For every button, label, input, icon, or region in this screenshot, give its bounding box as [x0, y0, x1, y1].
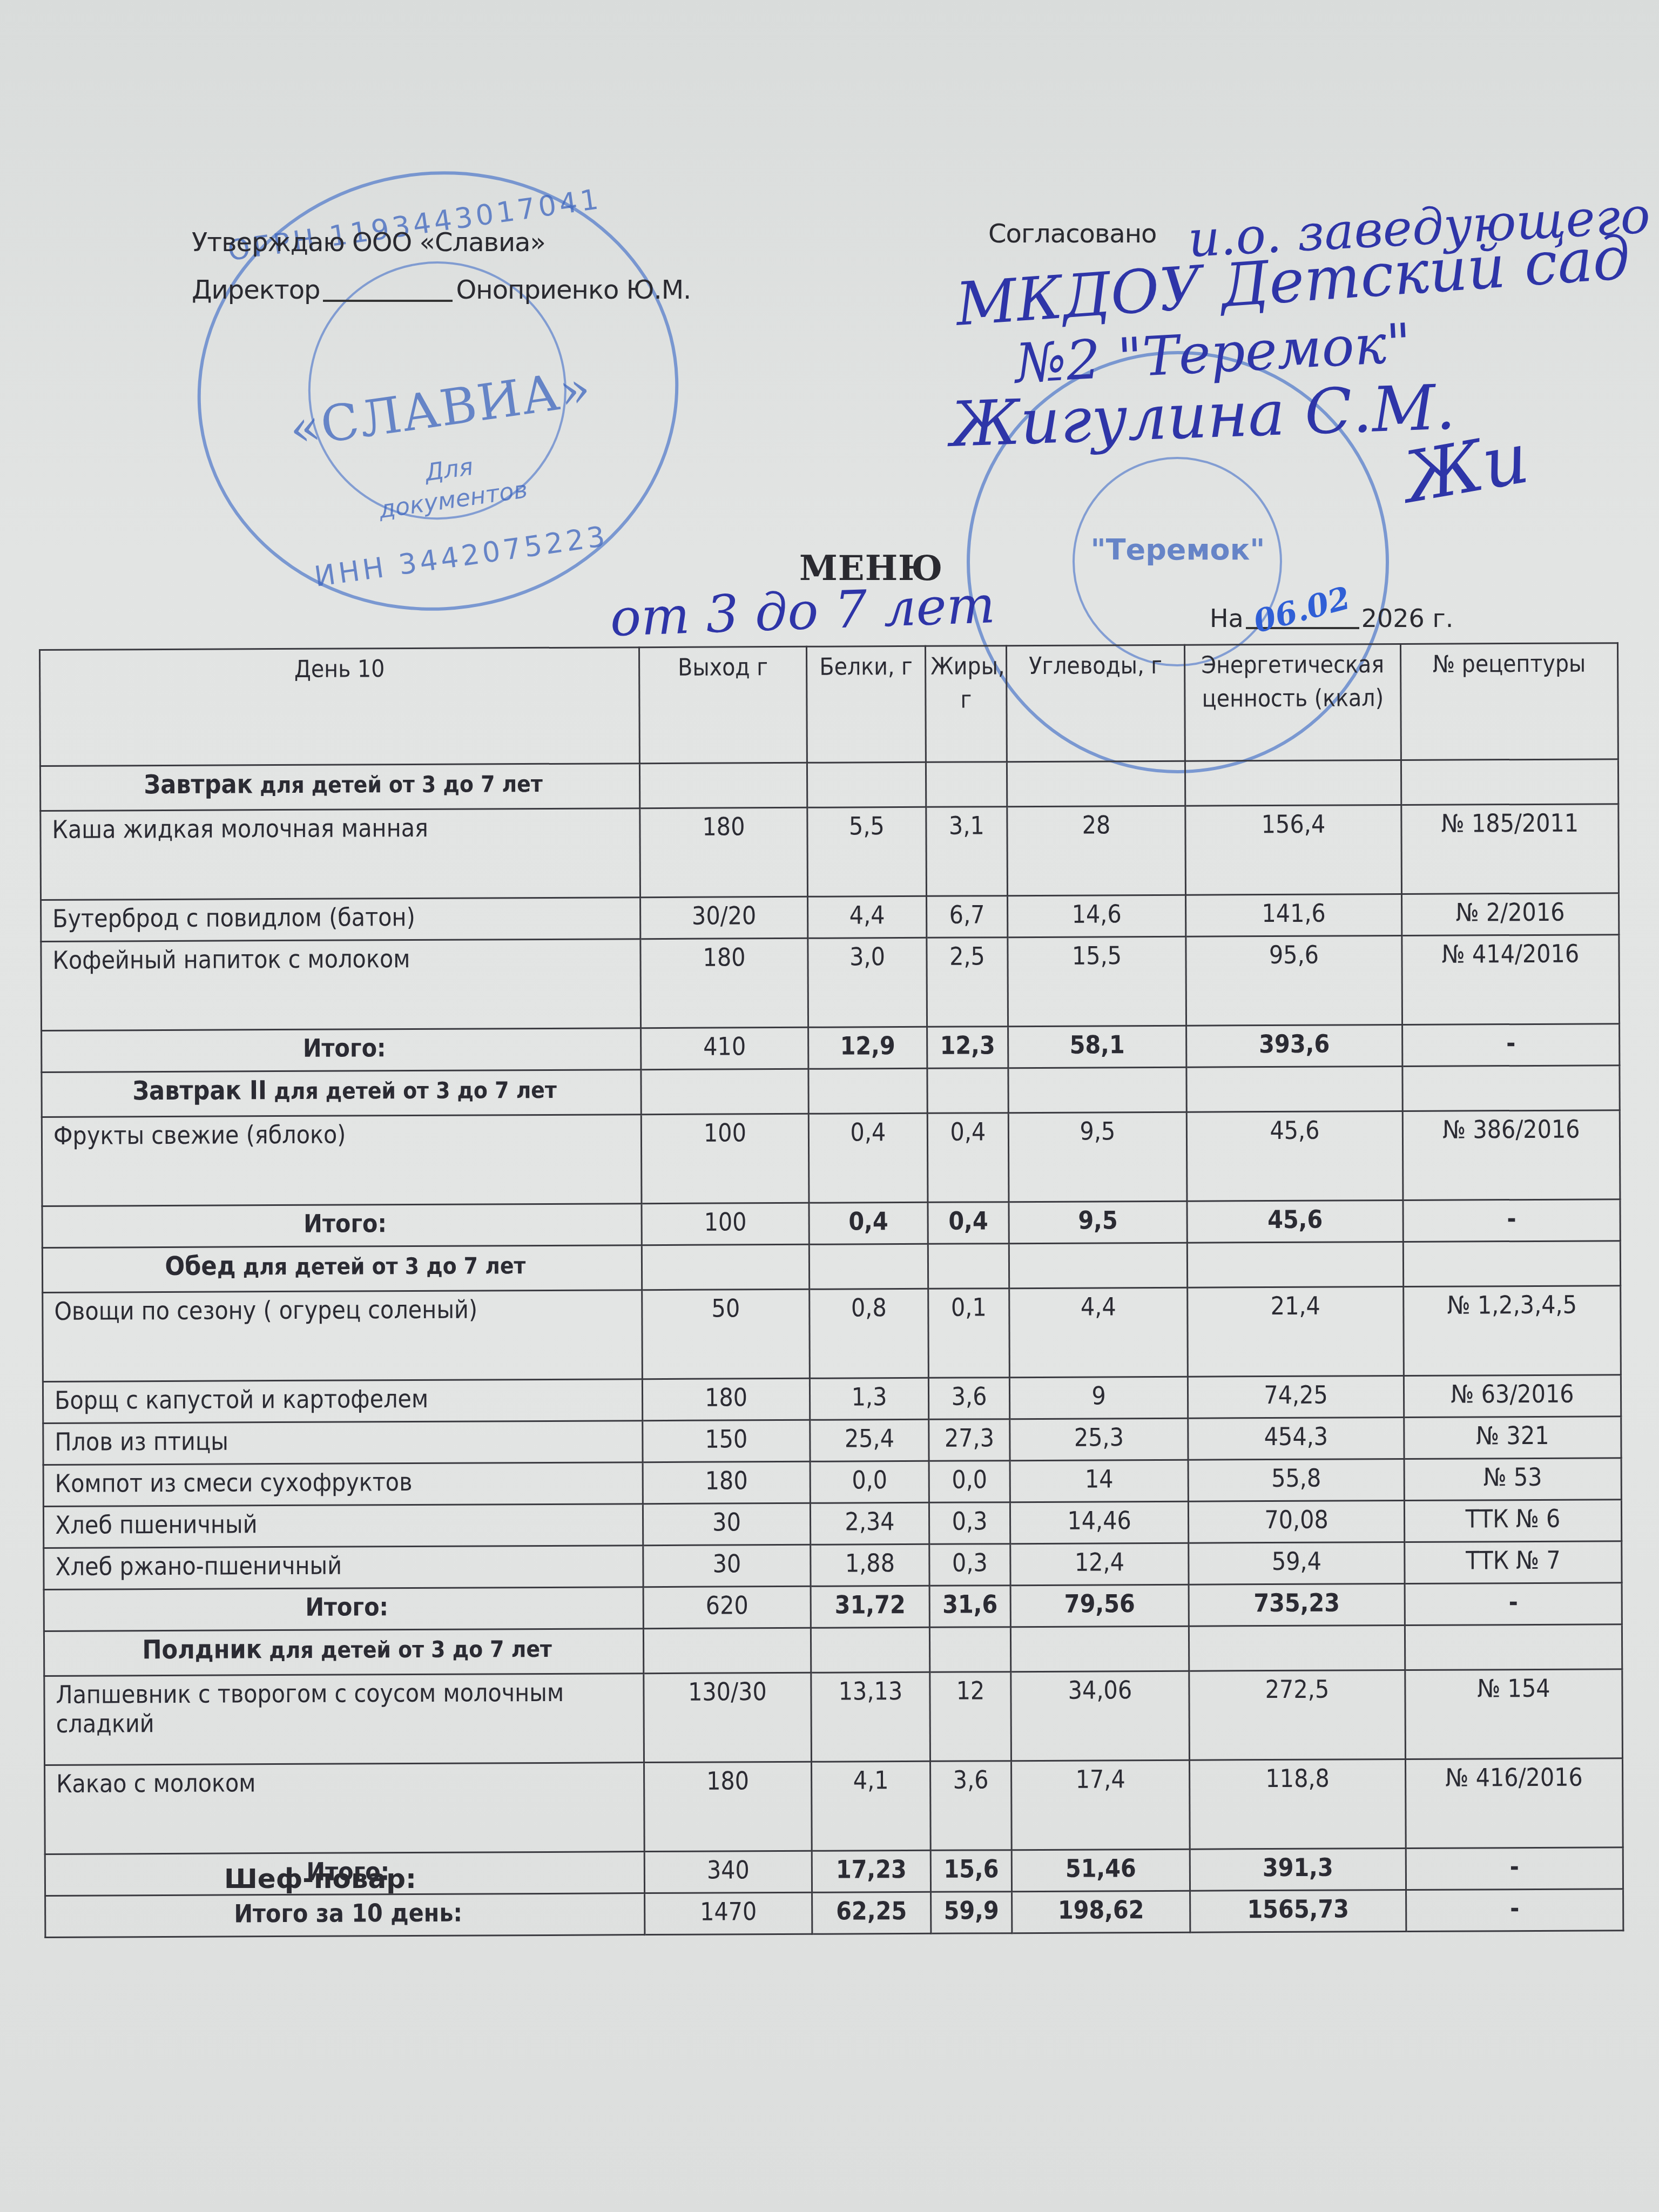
cell-recipe: № 63/2016 — [1404, 1375, 1621, 1418]
cell-energy: 118,8 — [1189, 1759, 1406, 1849]
dish-name: Кофейный напиток с молоком — [41, 939, 641, 1031]
date-prefix: На — [1210, 604, 1244, 633]
col-header-carbs: Углеводы, г — [1006, 645, 1185, 761]
cell-fat: 0,0 — [929, 1461, 1010, 1503]
total-label: Итого: — [42, 1204, 642, 1248]
empty-cell — [1009, 1243, 1187, 1288]
cell-yield: 100 — [641, 1114, 809, 1203]
col-header-recipe: № рецептуры — [1400, 643, 1618, 760]
total-yield: 340 — [644, 1851, 812, 1893]
empty-cell — [1007, 761, 1185, 806]
cell-recipe: № 1,2,3,4,5 — [1404, 1286, 1621, 1376]
cell-yield: 150 — [643, 1420, 810, 1462]
cell-fat: 12 — [930, 1672, 1011, 1762]
dish-name: Лапшевник с творогом с соусом молочным с… — [44, 1674, 644, 1765]
grand-total-energy: 1565,73 — [1190, 1890, 1406, 1932]
section-title-rest: для детей от 3 до 7 лет — [269, 1636, 552, 1663]
cell-recipe: № 185/2011 — [1401, 804, 1619, 894]
cell-protein: 0,4 — [808, 1113, 928, 1203]
table-header-row: День 10 Выход г Белки, г Жиры, г Углевод… — [40, 643, 1618, 766]
cell-recipe: № 321 — [1404, 1417, 1621, 1459]
cell-recipe: № 53 — [1404, 1458, 1621, 1501]
cell-recipe: ТТК № 6 — [1404, 1500, 1621, 1542]
table-row: Фрукты свежие (яблоко)1000,40,49,545,6№ … — [42, 1110, 1620, 1206]
cell-carbs: 28 — [1007, 806, 1186, 895]
cell-yield: 180 — [643, 1461, 810, 1503]
cell-fat: 3,6 — [930, 1761, 1012, 1851]
table-row: Компот из смеси сухофруктов1800,00,01455… — [43, 1458, 1621, 1507]
total-fat: 12,3 — [927, 1027, 1008, 1069]
empty-cell — [1186, 1066, 1402, 1112]
cell-yield: 180 — [640, 807, 808, 897]
cell-protein: 3,0 — [808, 938, 927, 1027]
cell-fat: 0,3 — [929, 1502, 1010, 1545]
empty-cell — [1189, 1625, 1405, 1671]
total-energy: 393,6 — [1186, 1024, 1402, 1067]
section-title-bold: Завтрак II — [132, 1075, 267, 1106]
total-energy: 391,3 — [1190, 1848, 1406, 1891]
empty-cell — [926, 762, 1007, 807]
table-row: Каша жидкая молочная манная1805,53,12815… — [41, 804, 1619, 900]
section-row: Завтрак для детей от 3 до 7 лет — [40, 759, 1618, 811]
director-name: Оноприенко Ю.М. — [456, 275, 691, 305]
cell-fat: 27,3 — [929, 1419, 1010, 1461]
director-line: ДиректорОноприенко Ю.М. — [192, 266, 691, 314]
col-header-yield: Выход г — [639, 646, 807, 763]
cell-fat: 6,7 — [927, 896, 1008, 938]
empty-cell — [1187, 1242, 1403, 1287]
empty-cell — [1402, 1065, 1620, 1111]
total-fat: 0,4 — [928, 1202, 1009, 1244]
cell-recipe: № 154 — [1405, 1669, 1623, 1759]
grand-total-row: Итого за 10 день:147062,2559,9198,621565… — [45, 1889, 1623, 1938]
col-header-fat: Жиры, г — [925, 646, 1007, 763]
section-title-bold: Полдник — [142, 1634, 262, 1665]
total-carbs: 9,5 — [1009, 1201, 1187, 1243]
grand-total-label: Итого за 10 день: — [45, 1893, 645, 1938]
date-suffix: 2026 г. — [1361, 604, 1453, 633]
section-total-row: Итого:41012,912,358,1393,6- — [42, 1024, 1620, 1073]
agreed-label: Согласовано — [988, 219, 1156, 249]
cell-yield: 180 — [640, 938, 808, 1028]
cell-yield: 30/20 — [640, 896, 808, 939]
cell-energy: 156,4 — [1185, 805, 1402, 895]
empty-cell — [1008, 1067, 1186, 1112]
table-row: Хлеб пшеничный302,340,314,4670,08ТТК № 6 — [43, 1500, 1621, 1548]
empty-cell — [1010, 1626, 1189, 1671]
menu-table: День 10 Выход г Белки, г Жиры, г Углевод… — [39, 642, 1624, 1938]
total-label: Итого: — [42, 1028, 641, 1073]
cell-protein: 0,8 — [810, 1289, 929, 1378]
total-protein: 0,4 — [809, 1202, 928, 1244]
section-title-rest: для детей от 3 до 7 лет — [243, 1252, 526, 1280]
empty-cell — [642, 1244, 809, 1290]
grand-total-fat: 59,9 — [931, 1892, 1012, 1934]
section-title: Завтрак для детей от 3 до 7 лет — [40, 764, 639, 811]
cell-carbs: 9 — [1009, 1377, 1188, 1419]
dish-name: Какао с молоком — [45, 1763, 645, 1854]
col-header-energy: Энергетическая ценность (ккал) — [1184, 644, 1401, 761]
empty-cell — [809, 1244, 928, 1289]
empty-cell — [808, 1068, 927, 1114]
cell-recipe: № 2/2016 — [1402, 893, 1619, 936]
total-recipe: - — [1402, 1024, 1620, 1067]
grand-total-protein: 62,25 — [812, 1892, 931, 1934]
empty-cell — [1403, 1241, 1620, 1287]
cell-energy: 21,4 — [1188, 1286, 1404, 1377]
empty-cell — [927, 1068, 1008, 1114]
total-recipe: - — [1406, 1847, 1623, 1890]
cell-carbs: 12,4 — [1010, 1543, 1189, 1585]
total-carbs: 51,46 — [1011, 1849, 1190, 1891]
table-row: Бутерброд с повидлом (батон)30/204,46,71… — [41, 893, 1619, 942]
total-recipe: - — [1405, 1583, 1622, 1626]
stamp-center-text: "Теремок" — [970, 532, 1386, 567]
cell-protein: 1,88 — [811, 1544, 929, 1586]
cell-energy: 55,8 — [1188, 1459, 1404, 1501]
age-group-handwriting: от 3 до 7 лет — [609, 575, 996, 648]
table-row: Лапшевник с творогом с соусом молочным с… — [44, 1669, 1623, 1765]
section-title-rest: для детей от 3 до 7 лет — [260, 771, 543, 798]
cell-energy: 454,3 — [1188, 1417, 1404, 1460]
empty-cell — [1185, 760, 1401, 806]
empty-cell — [928, 1244, 1009, 1289]
table-row: Хлеб ржано-пшеничный301,880,312,459,4ТТК… — [44, 1541, 1622, 1590]
section-title: Завтрак II для детей от 3 до 7 лет — [42, 1070, 641, 1117]
section-title: Обед для детей от 3 до 7 лет — [42, 1245, 642, 1293]
cell-protein: 4,4 — [808, 896, 927, 938]
table-row: Плов из птицы15025,427,325,3454,3№ 321 — [43, 1417, 1621, 1465]
grand-total-carbs: 198,62 — [1012, 1891, 1190, 1933]
slavia-stamp: ОГРН 1193443017041 «СЛАВИА» Для документ… — [169, 140, 707, 642]
signature-line — [323, 300, 453, 302]
cell-carbs: 25,3 — [1010, 1418, 1188, 1460]
cell-protein: 1,3 — [810, 1378, 928, 1420]
section-total-row: Итого:62031,7231,679,56735,23- — [44, 1583, 1622, 1631]
cell-carbs: 4,4 — [1009, 1287, 1188, 1377]
cell-fat: 2,5 — [927, 938, 1008, 1027]
dish-name: Фрукты свежие (яблоко) — [42, 1115, 642, 1206]
cell-protein: 25,4 — [810, 1419, 929, 1461]
cell-protein: 13,13 — [811, 1672, 930, 1762]
section-title: Полдник для детей от 3 до 7 лет — [44, 1629, 643, 1676]
menu-document: ОГРН 1193443017041 «СЛАВИА» Для документ… — [0, 0, 1659, 2212]
empty-cell — [1401, 759, 1618, 805]
grand-total-recipe: - — [1406, 1889, 1623, 1932]
total-recipe: - — [1403, 1199, 1620, 1242]
cell-protein: 4,1 — [812, 1761, 931, 1851]
cell-carbs: 17,4 — [1011, 1760, 1190, 1850]
cell-energy: 45,6 — [1186, 1111, 1403, 1201]
cell-recipe: № 414/2016 — [1402, 935, 1620, 1025]
total-protein: 31,72 — [811, 1586, 929, 1628]
total-fat: 15,6 — [930, 1850, 1011, 1892]
total-energy: 45,6 — [1187, 1200, 1403, 1243]
total-protein: 17,23 — [812, 1850, 930, 1892]
cell-carbs: 14,6 — [1008, 895, 1186, 937]
cell-recipe: № 416/2016 — [1405, 1758, 1623, 1849]
approval-line: Утверждаю ООО «Славиа» — [192, 219, 691, 266]
total-protein: 12,9 — [808, 1027, 927, 1069]
cell-fat: 0,1 — [928, 1289, 1010, 1378]
cell-protein: 0,0 — [810, 1461, 929, 1503]
dish-name: Бутерброд с повидлом (батон) — [41, 898, 640, 942]
dish-name: Хлеб пшеничный — [43, 1504, 643, 1548]
cell-carbs: 15,5 — [1008, 936, 1186, 1026]
cell-yield: 30 — [643, 1545, 811, 1587]
cell-protein: 2,34 — [810, 1502, 929, 1545]
empty-cell — [639, 763, 807, 808]
cell-yield: 50 — [642, 1289, 810, 1379]
grand-total-yield: 1470 — [645, 1892, 812, 1934]
total-label: Итого: — [44, 1587, 643, 1631]
total-yield: 100 — [642, 1203, 809, 1245]
cell-fat: 3,6 — [928, 1378, 1009, 1420]
section-row: Обед для детей от 3 до 7 лет — [42, 1241, 1620, 1293]
table-row: Овощи по сезону ( огурец соленый)500,80,… — [43, 1286, 1621, 1382]
section-total-row: Итого:1000,40,49,545,6- — [42, 1199, 1620, 1248]
total-carbs: 58,1 — [1008, 1026, 1186, 1068]
dish-name: Овощи по сезону ( огурец соленый) — [43, 1290, 643, 1382]
cell-energy: 141,6 — [1186, 894, 1402, 936]
cell-energy: 59,4 — [1189, 1542, 1405, 1584]
cell-yield: 130/30 — [644, 1673, 812, 1762]
total-energy: 735,23 — [1189, 1583, 1405, 1626]
chef-label: Шеф-повар: — [224, 1863, 416, 1894]
table-row: Какао с молоком1804,13,617,4118,8№ 416/2… — [45, 1758, 1623, 1854]
section-title-rest: для детей от 3 до 7 лет — [274, 1077, 557, 1104]
cell-recipe: ТТК № 7 — [1405, 1541, 1622, 1584]
dish-name: Хлеб ржано-пшеничный — [44, 1546, 643, 1590]
cell-protein: 5,5 — [807, 807, 927, 896]
col-header-protein: Белки, г — [806, 646, 926, 763]
table-row: Борщ с капустой и картофелем1801,33,6974… — [43, 1375, 1621, 1424]
cell-fat: 0,4 — [927, 1113, 1009, 1203]
cell-carbs: 14,46 — [1010, 1501, 1188, 1543]
dish-name: Компот из смеси сухофруктов — [43, 1462, 643, 1507]
section-title-bold: Завтрак — [144, 769, 253, 800]
cell-carbs: 9,5 — [1008, 1112, 1187, 1202]
empty-cell — [807, 762, 926, 807]
cell-energy: 272,5 — [1189, 1670, 1406, 1760]
empty-cell — [929, 1627, 1010, 1673]
total-carbs: 79,56 — [1010, 1584, 1189, 1627]
empty-cell — [643, 1628, 811, 1673]
section-title-bold: Обед — [165, 1251, 235, 1282]
cell-recipe: № 386/2016 — [1402, 1110, 1620, 1201]
cell-carbs: 34,06 — [1011, 1671, 1190, 1761]
cell-fat: 3,1 — [926, 807, 1008, 896]
cell-carbs: 14 — [1010, 1460, 1188, 1502]
cell-energy: 74,25 — [1188, 1375, 1404, 1418]
total-yield: 410 — [641, 1027, 808, 1069]
section-row: Завтрак II для детей от 3 до 7 лет — [42, 1065, 1620, 1117]
dish-name: Плов из птицы — [43, 1421, 643, 1465]
empty-cell — [1405, 1624, 1622, 1670]
approval-block: Утверждаю ООО «Славиа» ДиректорОноприенк… — [192, 219, 691, 314]
menu-table-body: Завтрак для детей от 3 до 7 летКаша жидк… — [40, 759, 1623, 1938]
empty-cell — [811, 1627, 929, 1673]
cell-yield: 30 — [643, 1503, 810, 1545]
empty-cell — [641, 1069, 808, 1114]
table-row: Кофейный напиток с молоком1803,02,515,59… — [41, 935, 1620, 1031]
cell-energy: 95,6 — [1186, 935, 1402, 1026]
section-row: Полдник для детей от 3 до 7 лет — [44, 1624, 1622, 1676]
cell-energy: 70,08 — [1188, 1500, 1404, 1543]
cell-yield: 180 — [644, 1762, 812, 1851]
director-label: Директор — [192, 275, 320, 305]
cell-fat: 0,3 — [929, 1544, 1010, 1586]
col-header-day: День 10 — [40, 648, 640, 766]
dish-name: Борщ с капустой и картофелем — [43, 1379, 642, 1424]
total-yield: 620 — [643, 1586, 811, 1628]
dish-name: Каша жидкая молочная манная — [41, 808, 640, 900]
cell-yield: 180 — [642, 1378, 810, 1420]
total-fat: 31,6 — [929, 1586, 1010, 1628]
